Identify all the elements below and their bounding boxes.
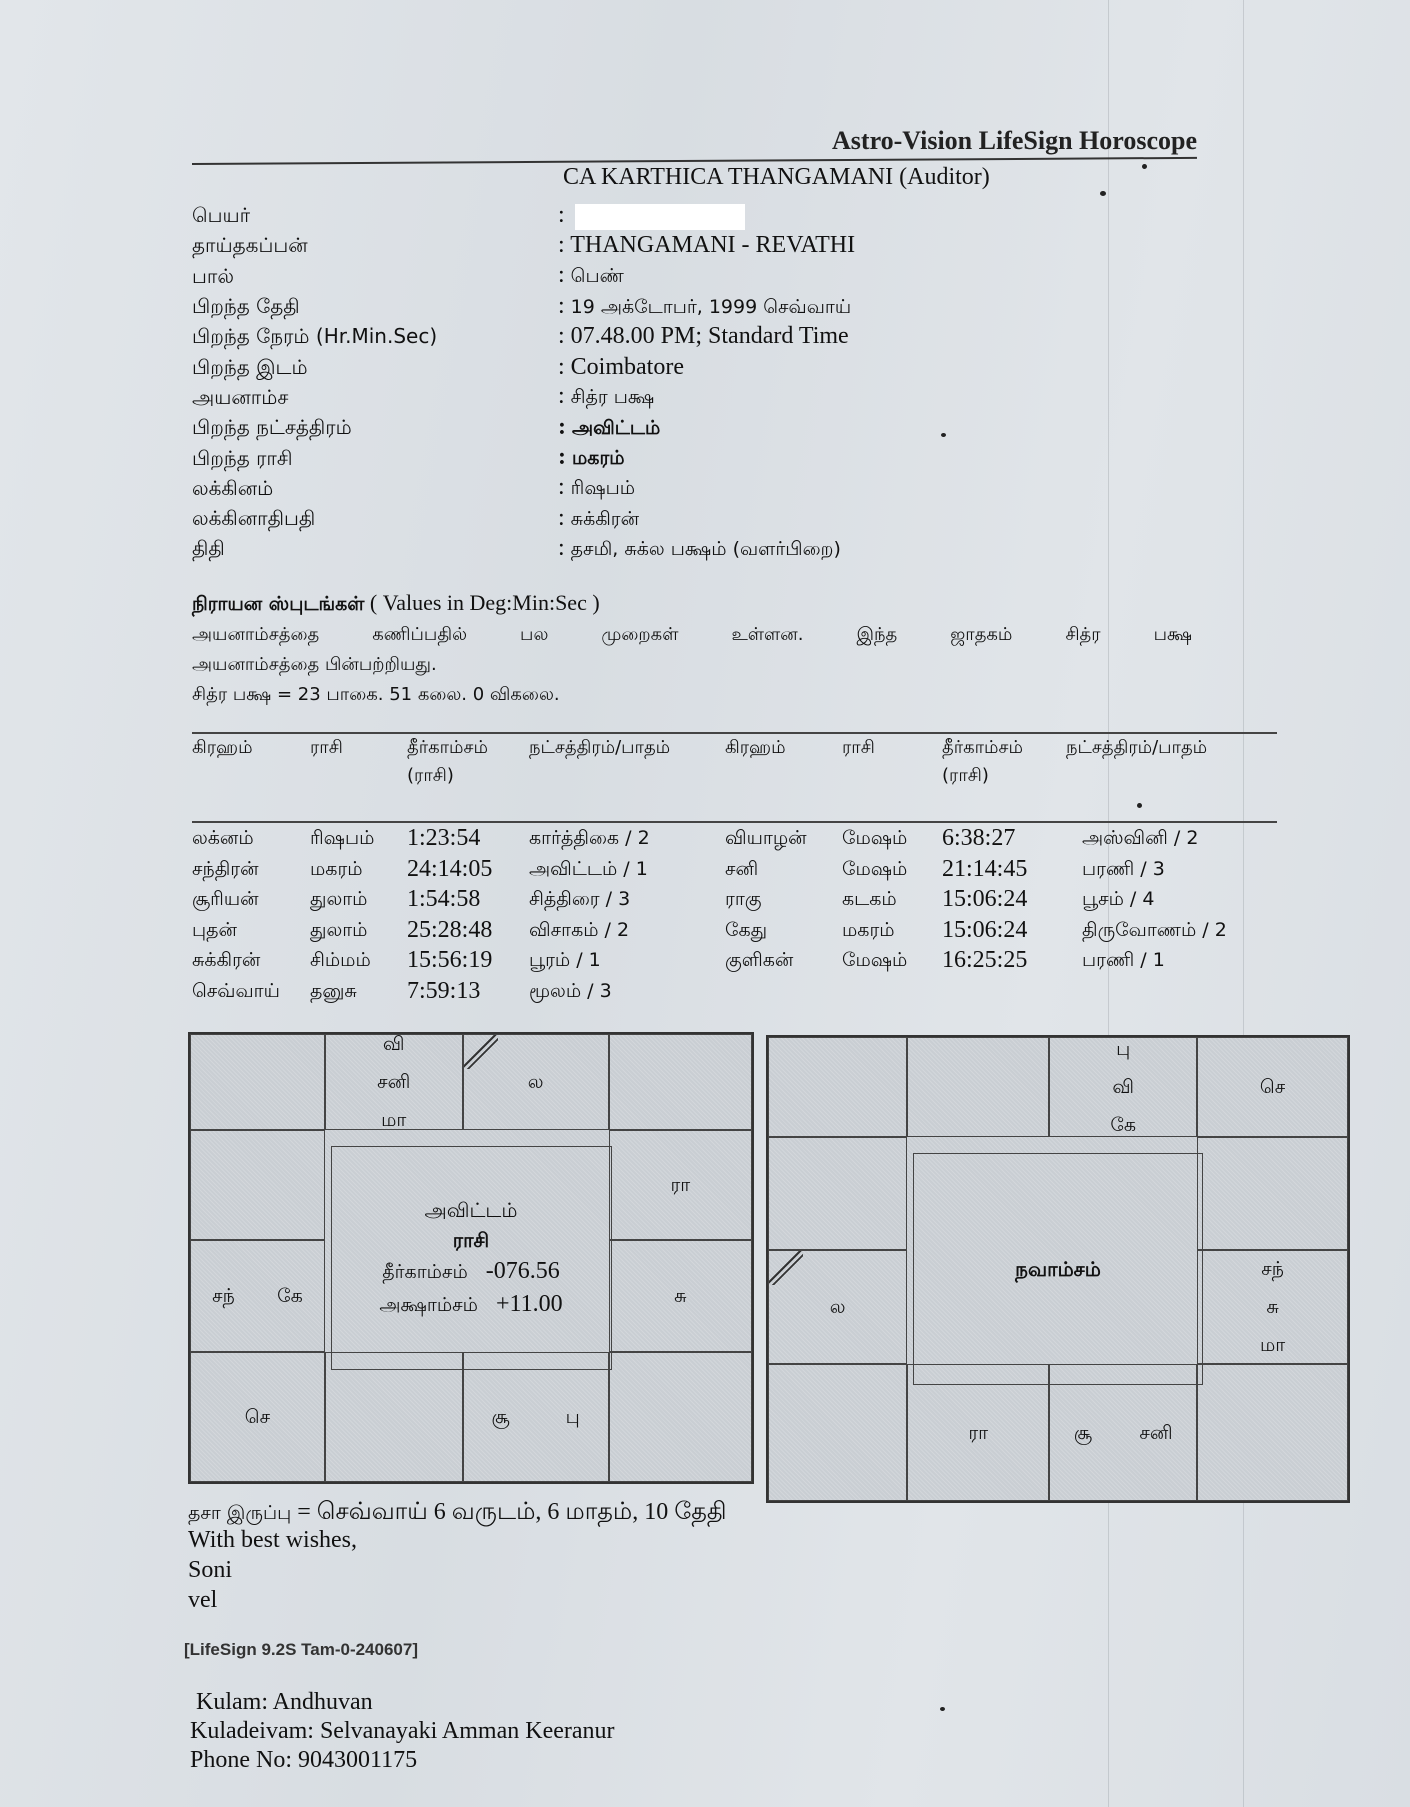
cell-nakshatra-pada: அவிட்டம் / 1 xyxy=(529,854,648,884)
ayanamsa-note-line1: அயனாம்சத்தை கணிப்பதில் பல முறைகள் உள்ளன.… xyxy=(192,620,1192,650)
rasi-akshamsam: அக்ஷாம்சம்+11.00 xyxy=(379,1288,562,1321)
ayanamsa-value: சித்ர பக்ஷ = 23 பாகை. 51 கலை. 0 விகலை. xyxy=(192,680,1192,710)
navamsa-house-makara: ல xyxy=(768,1250,907,1364)
planet-abbrev: சு xyxy=(1266,1288,1278,1326)
cell-longitude: 21:14:45 xyxy=(942,854,1027,884)
col-rasi: ராசி xyxy=(310,734,343,762)
akshamsam-value: +11.00 xyxy=(496,1291,563,1317)
planet-abbrev: மா xyxy=(1260,1326,1285,1364)
dasa-value: = செவ்வாய் 6 வருடம், 6 மாதம், 10 தேதி xyxy=(297,1499,726,1525)
cell-nakshatra-pada: திருவோணம் / 2 xyxy=(1082,915,1227,945)
dirgamsam-value: -076.56 xyxy=(486,1258,560,1284)
rasi-house-meena xyxy=(190,1034,325,1130)
table-row: செவ்வாய்தனுசு7:59:13மூலம் / 3 xyxy=(192,976,1292,1007)
profile-value: : சுக்கிரன் xyxy=(558,503,639,534)
col-longitude-2: தீர்காம்சம் xyxy=(942,734,1023,762)
planet-abbrev: ரா xyxy=(968,1414,988,1452)
profile-label: லக்கினாதிபதி xyxy=(192,503,558,533)
navamsa-house-kanni xyxy=(1197,1364,1348,1501)
profile-label: பெயர் xyxy=(192,200,558,230)
redacted-name xyxy=(575,204,745,230)
planet-abbrev: செ xyxy=(1260,1068,1285,1106)
rasi-house-kumbha xyxy=(190,1130,325,1240)
rasi-house-vrischika xyxy=(325,1352,463,1482)
col-longitude-sub-2: (ராசி) xyxy=(942,762,989,790)
planet-abbrev: பு xyxy=(1116,1030,1130,1068)
cell-rasi: சிம்மம் xyxy=(310,945,371,975)
planet-table-body: லக்னம்ரிஷபம்1:23:54கார்த்திகை / 2வியாழன்… xyxy=(192,823,1292,1006)
navamsa-house-simha: சந்சுமா xyxy=(1197,1250,1348,1364)
akshamsam-label: அக்ஷாம்சம் xyxy=(379,1294,478,1316)
nirayana-heading-en: ( Values in Deg:Min:Sec ) xyxy=(370,590,600,615)
profile-row: அயனாம்ச: சித்ர பக்ஷ xyxy=(192,382,1092,412)
planet-abbrev: சூ xyxy=(1074,1414,1092,1452)
profile-value: : Coimbatore xyxy=(558,352,684,382)
col-longitude-sub: (ராசி) xyxy=(407,762,454,790)
profile-value-text: அவிட்டம் xyxy=(572,417,660,439)
rasi-house-kataka: ரா xyxy=(609,1130,752,1240)
cell-graha: சனி xyxy=(725,854,758,884)
rasi-house-thula: சூபு xyxy=(463,1352,609,1482)
table-row: லக்னம்ரிஷபம்1:23:54கார்த்திகை / 2வியாழன்… xyxy=(192,823,1292,854)
profile-value-text: சித்ர பக்ஷ xyxy=(571,386,655,408)
print-speck xyxy=(1142,164,1147,169)
print-speck xyxy=(941,433,946,437)
profile-value-text: சுக்கிரன் xyxy=(571,508,639,530)
ayanamsa-note-line2: அயனாம்சத்தை பின்பற்றியது. xyxy=(192,650,1192,680)
navamsa-house-meena xyxy=(768,1037,907,1137)
lagna-marker-icon xyxy=(769,1251,803,1285)
signoff-name-1: Soni xyxy=(188,1555,232,1585)
rasi-house-mithuna xyxy=(609,1034,752,1130)
cell-nakshatra-pada: பரணி / 1 xyxy=(1082,945,1165,975)
cell-longitude: 15:56:19 xyxy=(407,945,492,975)
profile-row: தாய்தகப்பன்: THANGAMANI - REVATHI xyxy=(192,230,1092,260)
cell-graha: சுக்கிரன் xyxy=(192,945,260,975)
print-speck xyxy=(940,1707,945,1711)
phone-number: Phone No: 9043001175 xyxy=(190,1746,615,1775)
profile-value-text: 19 அக்டோபர், 1999 செவ்வாய் xyxy=(571,296,851,318)
planet-abbrev: சந் xyxy=(1261,1250,1284,1288)
rasi-house-makara: சந்கே xyxy=(190,1240,325,1352)
cell-longitude: 16:25:25 xyxy=(942,945,1027,975)
cell-longitude: 6:38:27 xyxy=(942,823,1015,853)
profile-label: பிறந்த ராசி xyxy=(192,443,558,473)
profile-row: லக்கினாதிபதி: சுக்கிரன் xyxy=(192,503,1092,533)
profile-label: பால் xyxy=(192,261,558,291)
planet-abbrev: செ xyxy=(245,1398,270,1436)
profile-value-text: பெண் xyxy=(571,265,624,287)
planet-abbrev: ல xyxy=(528,1063,544,1101)
nirayana-heading-ta: நிராயன ஸ்புடங்கள் xyxy=(192,593,364,615)
cell-rasi: கடகம் xyxy=(842,884,897,914)
profile-label: அயனாம்ச xyxy=(192,382,558,412)
profile-row: லக்கினம்: ரிஷபம் xyxy=(192,473,1092,503)
cell-rasi: துலாம் xyxy=(310,915,367,945)
cell-longitude: 25:28:48 xyxy=(407,915,492,945)
dasa-balance: தசா இருப்பு = செவ்வாய் 6 வருடம், 6 மாதம்… xyxy=(188,1499,727,1528)
navamsa-house-rishaba: புவிகே xyxy=(1049,1037,1197,1137)
table-row: சுக்கிரன்சிம்மம்15:56:19பூரம் / 1குளிகன்… xyxy=(192,945,1292,976)
cell-rasi: தனுசு xyxy=(310,976,357,1006)
brand-title: Astro-Vision LifeSign Horoscope xyxy=(832,126,1197,156)
profile-row: பிறந்த நேரம் (Hr.Min.Sec): 07.48.00 PM; … xyxy=(192,321,1092,351)
rasi-house-simha: சு xyxy=(609,1240,752,1352)
cell-longitude: 1:23:54 xyxy=(407,823,480,853)
cell-rasi: துலாம் xyxy=(310,884,367,914)
col-nakshatra: நட்சத்திரம்/பாதம் xyxy=(529,734,670,762)
profile-label: பிறந்த நட்சத்திரம் xyxy=(192,412,558,442)
cell-graha: கேது xyxy=(725,915,767,945)
profile-value-text: தசமி, சுக்ல பக்ஷம் (வளர்பிறை) xyxy=(571,538,841,560)
rasi-house-dhanus: செ xyxy=(190,1352,325,1482)
profile-value-text: 07.48.00 PM; Standard Time xyxy=(571,323,849,349)
profile-value-text: THANGAMANI - REVATHI xyxy=(570,232,855,258)
cell-nakshatra-pada: சித்திரை / 3 xyxy=(529,884,630,914)
rasi-chart: அவிட்டம் ராசி தீர்காம்சம்-076.56 அக்ஷாம்… xyxy=(188,1032,754,1484)
profile-row: பிறந்த இடம்: Coimbatore xyxy=(192,351,1092,381)
dirgamsam-label: தீர்காம்சம் xyxy=(382,1261,467,1283)
planet-abbrev: ல xyxy=(830,1288,846,1326)
profile-label: பிறந்த இடம் xyxy=(192,352,558,382)
navamsa-house-mithuna: செ xyxy=(1197,1037,1348,1137)
planet-abbrev: கே xyxy=(277,1277,303,1315)
print-speck xyxy=(1100,191,1106,196)
profile-label: பிறந்த நேரம் (Hr.Min.Sec) xyxy=(192,321,558,351)
cell-nakshatra-pada: விசாகம் / 2 xyxy=(529,915,629,945)
profile-value: : சித்ர பக்ஷ xyxy=(558,381,654,412)
planet-abbrev: சூ xyxy=(492,1398,510,1436)
profile-row: திதி: தசமி, சுக்ல பக்ஷம் (வளர்பிறை) xyxy=(192,533,1092,563)
planet-abbrev: கே xyxy=(1110,1106,1136,1144)
profile-value: : பெண் xyxy=(558,260,624,291)
software-version: [LifeSign 9.2S Tam-0-240607] xyxy=(184,1640,418,1660)
cell-longitude: 15:06:24 xyxy=(942,884,1027,914)
profile-row: பிறந்த ராசி: மகரம் xyxy=(192,442,1092,472)
cell-graha: புதன் xyxy=(192,915,237,945)
table-row: சந்திரன்மகரம்24:14:05அவிட்டம் / 1சனிமேஷம… xyxy=(192,854,1292,885)
contact-block: Kulam: Andhuvan Kuladeivam: Selvanayaki … xyxy=(190,1688,615,1775)
cell-rasi: மேஷம் xyxy=(842,823,907,853)
navamsa-chart-center: நவாம்சம் xyxy=(913,1153,1203,1385)
cell-nakshatra-pada: பரணி / 3 xyxy=(1082,854,1165,884)
cell-nakshatra-pada: மூலம் / 3 xyxy=(529,976,612,1006)
cell-longitude: 7:59:13 xyxy=(407,976,480,1006)
kuladeivam: Kuladeivam: Selvanayaki Amman Keeranur xyxy=(190,1717,615,1746)
cell-rasi: மேஷம் xyxy=(842,945,907,975)
col-rasi-2: ராசி xyxy=(842,734,875,762)
dasa-label: தசா இருப்பு xyxy=(188,1502,291,1524)
profile-value-text: ரிஷபம் xyxy=(571,477,635,499)
navamsa-house-kumbha xyxy=(768,1137,907,1251)
profile-row: பிறந்த நட்சத்திரம்: அவிட்டம் xyxy=(192,412,1092,442)
cell-rasi: மகரம் xyxy=(842,915,895,945)
profile-label: தாய்தகப்பன் xyxy=(192,230,558,260)
cell-longitude: 1:54:58 xyxy=(407,884,480,914)
planet-abbrev: வி xyxy=(1112,1068,1134,1106)
navamsa-house-vrischika: ரா xyxy=(907,1364,1049,1501)
rasi-house-rishaba: ல xyxy=(463,1034,609,1130)
signoff-name-2: vel xyxy=(188,1585,217,1615)
profile-row: பெயர்: xyxy=(192,200,1092,230)
nirayana-heading: நிராயன ஸ்புடங்கள் ( Values in Deg:Min:Se… xyxy=(192,590,600,618)
col-graha-2: கிரஹம் xyxy=(725,734,786,762)
profile-label: திதி xyxy=(192,533,558,563)
profile-label: பிறந்த தேதி xyxy=(192,291,558,321)
cell-nakshatra-pada: பூசம் / 4 xyxy=(1082,884,1154,914)
cell-graha: குளிகன் xyxy=(725,945,793,975)
navamsa-house-dhanus xyxy=(768,1364,907,1501)
profile-details: பெயர்: தாய்தகப்பன்: THANGAMANI - REVATHI… xyxy=(192,200,1092,564)
profile-value: : 07.48.00 PM; Standard Time xyxy=(558,321,849,351)
cell-rasi: மகரம் xyxy=(310,854,363,884)
planet-abbrev: மா xyxy=(381,1101,406,1139)
profile-value-text: Coimbatore xyxy=(571,354,684,380)
profile-value: : 19 அக்டோபர், 1999 செவ்வாய் xyxy=(558,291,851,322)
planet-abbrev: சனி xyxy=(1139,1414,1172,1452)
navamsa-chart: நவாம்சம் புவிகேசெலசந்சுமாராசூசனி xyxy=(766,1035,1350,1503)
navamsa-house-thula: சூசனி xyxy=(1049,1364,1197,1501)
cell-graha: சந்திரன் xyxy=(192,854,259,884)
profile-label: லக்கினம் xyxy=(192,473,558,503)
profile-value: : ரிஷபம் xyxy=(558,472,635,503)
rasi-center-nakshatra: அவிட்டம் xyxy=(425,1195,518,1225)
profile-row: பால்: பெண் xyxy=(192,261,1092,291)
table-row: புதன்துலாம்25:28:48விசாகம் / 2கேதுமகரம்1… xyxy=(192,915,1292,946)
cell-rasi: மேஷம் xyxy=(842,854,907,884)
profile-value: : அவிட்டம் xyxy=(558,412,660,443)
navamsa-house-kataka xyxy=(1197,1137,1348,1251)
planet-abbrev: சனி xyxy=(377,1063,410,1101)
planet-abbrev: வி xyxy=(383,1025,405,1063)
kulam: Kulam: Andhuvan xyxy=(190,1688,615,1717)
rasi-center-title: ராசி xyxy=(453,1225,489,1255)
cell-nakshatra-pada: கார்த்திகை / 2 xyxy=(529,823,650,853)
cell-graha: லக்னம் xyxy=(192,823,254,853)
prepared-by: CA KARTHICA THANGAMANI (Auditor) xyxy=(563,164,990,191)
profile-value-text: மகரம் xyxy=(572,447,625,469)
rasi-house-kanni xyxy=(609,1352,752,1482)
signoff-wishes: With best wishes, xyxy=(188,1525,357,1555)
lagna-marker-icon xyxy=(464,1035,498,1069)
cell-graha: செவ்வாய் xyxy=(192,976,280,1006)
col-graha: கிரஹம் xyxy=(192,734,253,762)
cell-graha: சூரியன் xyxy=(192,884,259,914)
rasi-chart-center: அவிட்டம் ராசி தீர்காம்சம்-076.56 அக்ஷாம்… xyxy=(331,1146,612,1370)
print-speck xyxy=(1137,803,1142,808)
cell-longitude: 24:14:05 xyxy=(407,854,492,884)
cell-graha: ராகு xyxy=(725,884,762,914)
profile-row: பிறந்த தேதி: 19 அக்டோபர், 1999 செவ்வாய் xyxy=(192,291,1092,321)
planet-abbrev: பு xyxy=(566,1398,580,1436)
navamsa-house-mesha xyxy=(907,1037,1049,1137)
cell-graha: வியாழன் xyxy=(725,823,807,853)
cell-longitude: 15:06:24 xyxy=(942,915,1027,945)
col-nakshatra-2: நட்சத்திரம்/பாதம் xyxy=(1066,734,1207,762)
rasi-house-mesha: விசனிமா xyxy=(325,1034,463,1130)
table-row: சூரியன்துலாம்1:54:58சித்திரை / 3ராகுகடகம… xyxy=(192,884,1292,915)
cell-nakshatra-pada: பூரம் / 1 xyxy=(529,945,601,975)
cell-rasi: ரிஷபம் xyxy=(310,823,374,853)
profile-value: : மகரம் xyxy=(558,442,625,473)
cell-nakshatra-pada: அஸ்வினி / 2 xyxy=(1082,823,1198,853)
profile-value: : THANGAMANI - REVATHI xyxy=(558,230,855,260)
profile-value: : xyxy=(558,200,745,230)
planet-abbrev: சு xyxy=(674,1277,686,1315)
col-longitude: தீர்காம்சம் xyxy=(407,734,488,762)
profile-value: : தசமி, சுக்ல பக்ஷம் (வளர்பிறை) xyxy=(558,533,841,564)
navamsa-center-title: நவாம்சம் xyxy=(1015,1254,1101,1284)
planet-abbrev: ரா xyxy=(670,1166,690,1204)
rasi-dirgamsam: தீர்காம்சம்-076.56 xyxy=(382,1255,559,1288)
planet-abbrev: சந் xyxy=(212,1277,235,1315)
ayanamsa-note: அயனாம்சத்தை கணிப்பதில் பல முறைகள் உள்ளன.… xyxy=(192,620,1192,710)
